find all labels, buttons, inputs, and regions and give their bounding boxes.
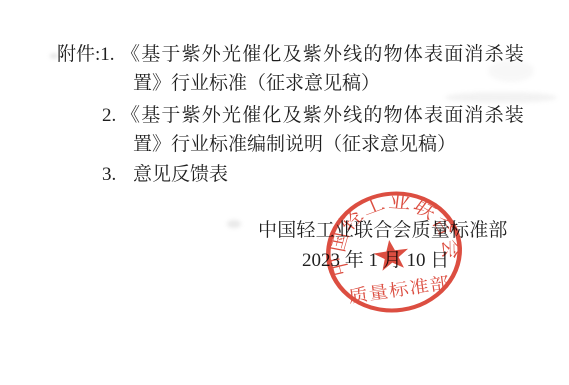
red-star-icon xyxy=(372,238,411,272)
scan-noise xyxy=(445,92,557,103)
attachment-item-3-text: 意见反馈表 xyxy=(133,165,228,185)
attachment-item-2-line-1: 《基于紫外光催化及紫外线的物体表面消杀装 xyxy=(121,106,525,126)
scan-noise xyxy=(227,220,241,228)
official-seal: 中国轻工业联合会 质量标准部 xyxy=(306,172,482,333)
seal-arc-text: 中国轻工业联合会 xyxy=(316,180,467,278)
attachment-label: 附件:1. xyxy=(57,45,115,65)
attachment-item-2-number: 2. xyxy=(102,106,116,126)
document-page: 附件:1. 《基于紫外光催化及紫外线的物体表面消杀装 置》行业标准（征求意见稿）… xyxy=(0,0,569,385)
attachment-item-3-number: 3. xyxy=(102,165,116,185)
attachment-item-1-line-2: 置》行业标准（征求意见稿） xyxy=(133,74,380,94)
seal-bottom-text: 质量标准部 xyxy=(347,273,451,306)
attachment-item-2-line-2: 置》行业标准编制说明（征求意见稿） xyxy=(133,135,456,155)
attachment-item-1-line-1: 《基于紫外光催化及紫外线的物体表面消杀装 xyxy=(121,45,525,65)
